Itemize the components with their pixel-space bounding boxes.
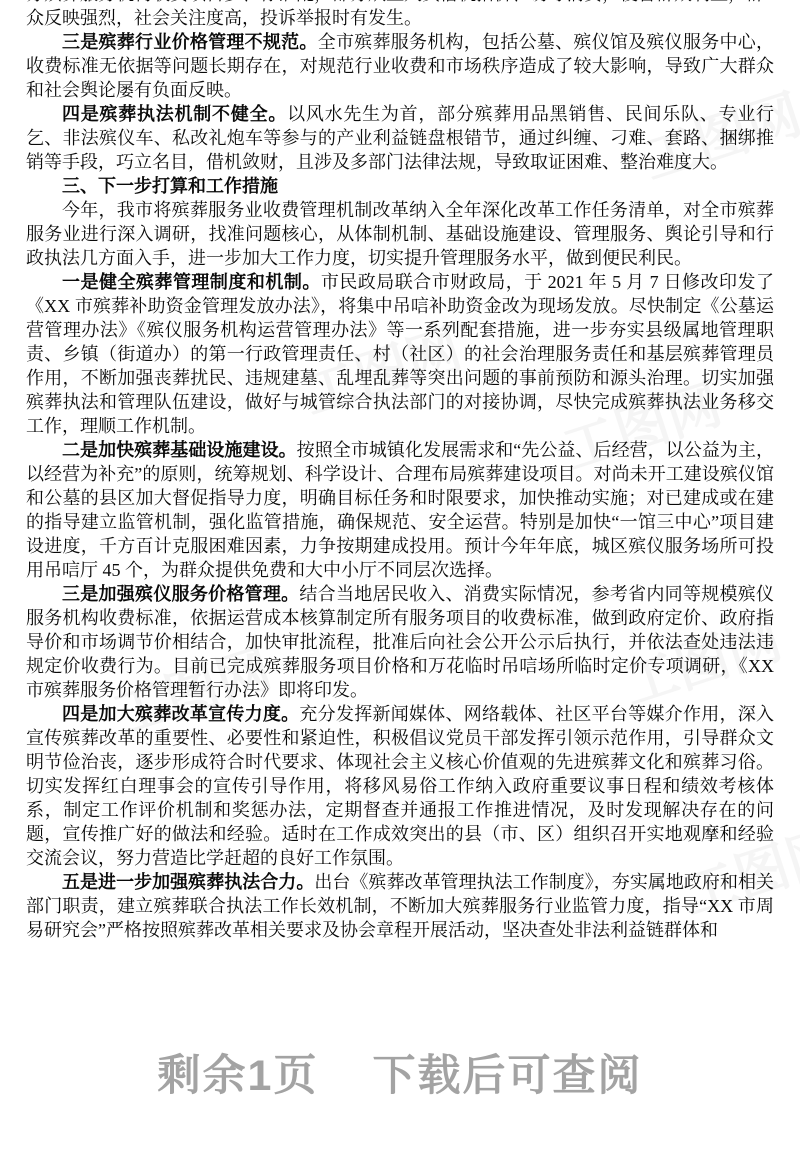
paragraph-lead: 四是加大殡葬改革宣传力度。 — [62, 704, 299, 724]
paragraph: 二是加快殡葬基础设施建设。按照全市城镇化发展需求和“先公益、后经营，以公益为主，… — [26, 438, 774, 582]
paragraph-lead: 一是健全殡葬管理制度和机制。 — [62, 272, 321, 292]
paragraph-text: 充分发挥新闻媒体、网络载体、社区平台等媒介作用，深入宣传殡葬改革的重要性、必要性… — [26, 704, 774, 868]
download-hint-text: 下载后可查阅 — [372, 1042, 642, 1103]
paragraph-text: 今年，我市将殡葬服务业收费管理机制改革纳入全年深化改革工作任务清单，对全市殡葬服… — [26, 200, 774, 268]
paragraph-lead: 三、下一步打算和工作措施 — [62, 176, 278, 196]
remaining-pages-banner: 剩余1页 下载后可查阅 — [0, 1042, 800, 1103]
paragraph-lead: 三是殡葬行业价格管理不规范。 — [62, 32, 318, 52]
paragraph: 三是殡葬行业价格管理不规范。全市殡葬服务机构，包括公墓、殡仪馆及殡仪服务中心，收… — [26, 30, 774, 102]
paragraph: 一是健全殡葬管理制度和机制。市民政局联合市财政局，于 2021 年 5 月 7 … — [26, 270, 774, 438]
clipped-line-text: 分殡葬服务机构收费项目多、标准乱，部分从业人员借机抬价、诱导消费，侵害群众利益，… — [26, 0, 774, 6]
paragraph: 四是殡葬执法机制不健全。以风水先生为首，部分殡葬用品黑销售、民间乐队、专业行乞、… — [26, 102, 774, 174]
paragraph-lead: 五是进一步加强殡葬执法合力。 — [62, 872, 314, 892]
paragraphs-container: 众反映强烈，社会关注度高，投诉举报时有发生。三是殡葬行业价格管理不规范。全市殡葬… — [26, 6, 774, 942]
remaining-pages-text: 剩余1页 — [158, 1042, 319, 1103]
paragraph-text: 按照全市城镇化发展需求和“先公益、后经营，以公益为主，以经营为补充”的原则，统筹… — [26, 440, 774, 580]
document-text-block: 分殡葬服务机构收费项目多、标准乱，部分从业人员借机抬价、诱导消费，侵害群众利益，… — [26, 0, 774, 942]
document-page: 工图网工图网工图网工图网工图网工图网 分殡葬服务机构收费项目多、标准乱，部分从业… — [0, 0, 800, 1150]
section-heading: 三、下一步打算和工作措施 — [26, 174, 774, 198]
paragraph-text: 众反映强烈，社会关注度高，投诉举报时有发生。 — [26, 8, 422, 28]
paragraph-lead: 二是加快殡葬基础设施建设。 — [62, 440, 297, 460]
paragraph: 今年，我市将殡葬服务业收费管理机制改革纳入全年深化改革工作任务清单，对全市殡葬服… — [26, 198, 774, 270]
paragraph-lead: 四是殡葬执法机制不健全。 — [62, 104, 287, 124]
paragraph: 四是加大殡葬改革宣传力度。充分发挥新闻媒体、网络载体、社区平台等媒介作用，深入宣… — [26, 702, 774, 870]
paragraph-text: 市民政局联合市财政局，于 2021 年 5 月 7 日修改印发了《XX 市殡葬补… — [26, 272, 774, 436]
clipped-top-line: 分殡葬服务机构收费项目多、标准乱，部分从业人员借机抬价、诱导消费，侵害群众利益，… — [26, 0, 774, 6]
paragraph-lead: 三是加强殡仪服务价格管理。 — [62, 584, 299, 604]
paragraph: 众反映强烈，社会关注度高，投诉举报时有发生。 — [26, 6, 774, 30]
paragraph: 三是加强殡仪服务价格管理。结合当地居民收入、消费实际情况，参考省内同等规模殡仪服… — [26, 582, 774, 702]
paragraph: 五是进一步加强殡葬执法合力。出台《殡葬改革管理执法工作制度》，夯实属地政府和相关… — [26, 870, 774, 942]
